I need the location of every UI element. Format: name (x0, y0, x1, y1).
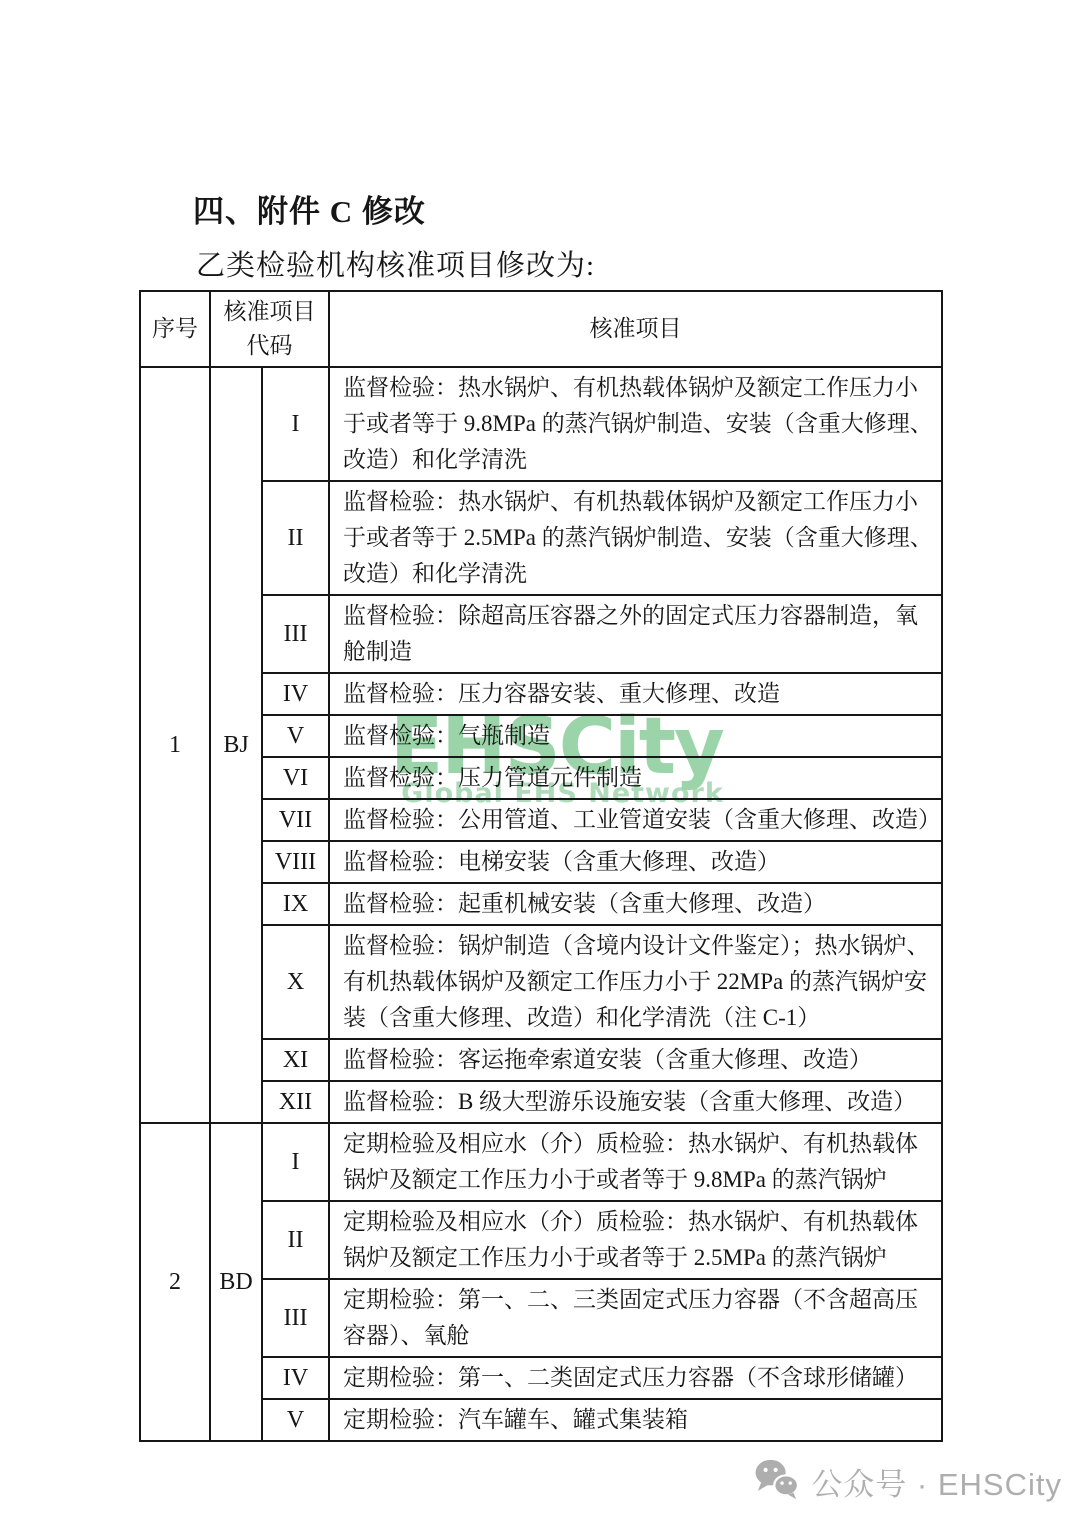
code-cell: BD (210, 1123, 262, 1441)
project-cell: 监督检验：热水锅炉、有机热载体锅炉及额定工作压力小于或者等于 9.8MPa 的蒸… (329, 367, 942, 481)
header-code-line1: 核准项目 (213, 295, 326, 329)
subcode-cell: XII (262, 1081, 329, 1123)
subcode-cell: IX (262, 883, 329, 925)
wechat-icon (753, 1458, 801, 1505)
project-cell: 监督检验：B 级大型游乐设施安装（含重大修理、改造） (329, 1081, 942, 1123)
project-cell: 定期检验：汽车罐车、罐式集装箱 (329, 1399, 942, 1441)
seq-cell: 1 (140, 367, 210, 1123)
subcode-cell: VI (262, 757, 329, 799)
project-cell: 定期检验及相应水（介）质检验：热水锅炉、有机热载体锅炉及额定工作压力小于或者等于… (329, 1201, 942, 1279)
subcode-cell: VIII (262, 841, 329, 883)
seq-cell: 2 (140, 1123, 210, 1441)
table-row: 1 BJ I 监督检验：热水锅炉、有机热载体锅炉及额定工作压力小于或者等于 9.… (140, 367, 942, 481)
subcode-cell: VII (262, 799, 329, 841)
subcode-cell: V (262, 715, 329, 757)
page-subtitle: 乙类检验机构核准项目修改为: (196, 243, 595, 284)
header-seq: 序号 (140, 291, 210, 367)
subcode-cell: II (262, 1201, 329, 1279)
subcode-cell: II (262, 481, 329, 595)
wechat-footer: 公众号 · EHSCity (753, 1458, 1062, 1505)
code-cell: BJ (210, 367, 262, 1123)
project-cell: 监督检验：起重机械安装（含重大修理、改造） (329, 883, 942, 925)
subcode-cell: XI (262, 1039, 329, 1081)
project-cell: 定期检验：第一、二类固定式压力容器（不含球形储罐） (329, 1357, 942, 1399)
project-cell: 监督检验：热水锅炉、有机热载体锅炉及额定工作压力小于或者等于 2.5MPa 的蒸… (329, 481, 942, 595)
project-cell: 定期检验及相应水（介）质检验：热水锅炉、有机热载体锅炉及额定工作压力小于或者等于… (329, 1123, 942, 1201)
project-cell: 监督检验：压力管道元件制造 (329, 757, 942, 799)
subcode-cell: IV (262, 1357, 329, 1399)
subcode-cell: III (262, 1279, 329, 1357)
header-project: 核准项目 (329, 291, 942, 367)
header-code-line2: 代码 (213, 329, 326, 363)
project-cell: 监督检验：锅炉制造（含境内设计文件鉴定）；热水锅炉、有机热载体锅炉及额定工作压力… (329, 925, 942, 1039)
approval-items-table: 序号 核准项目 代码 核准项目 1 BJ I 监督检验：热水锅炉、有机热载体锅炉… (139, 290, 943, 1442)
header-code: 核准项目 代码 (210, 291, 329, 367)
project-cell: 监督检验：电梯安装（含重大修理、改造） (329, 841, 942, 883)
subcode-cell: X (262, 925, 329, 1039)
project-cell: 监督检验：公用管道、工业管道安装（含重大修理、改造） (329, 799, 942, 841)
table-header-row: 序号 核准项目 代码 核准项目 (140, 291, 942, 367)
subcode-cell: IV (262, 673, 329, 715)
subcode-cell: I (262, 367, 329, 481)
page-title: 四、附件 C 修改 (193, 186, 426, 231)
wechat-account-label: 公众号 · EHSCity (811, 1459, 1062, 1504)
project-cell: 定期检验：第一、二、三类固定式压力容器（不含超高压容器）、氧舱 (329, 1279, 942, 1357)
project-cell: 监督检验：压力容器安装、重大修理、改造 (329, 673, 942, 715)
subcode-cell: I (262, 1123, 329, 1201)
project-cell: 监督检验：客运拖牵索道安装（含重大修理、改造） (329, 1039, 942, 1081)
project-cell: 监督检验：气瓶制造 (329, 715, 942, 757)
table-row: 2 BD I 定期检验及相应水（介）质检验：热水锅炉、有机热载体锅炉及额定工作压… (140, 1123, 942, 1201)
subcode-cell: III (262, 595, 329, 673)
document-page: EHSCity Global EHS Network 四、附件 C 修改 乙类检… (0, 0, 1080, 1527)
project-cell: 监督检验：除超高压容器之外的固定式压力容器制造，氧舱制造 (329, 595, 942, 673)
subcode-cell: V (262, 1399, 329, 1441)
